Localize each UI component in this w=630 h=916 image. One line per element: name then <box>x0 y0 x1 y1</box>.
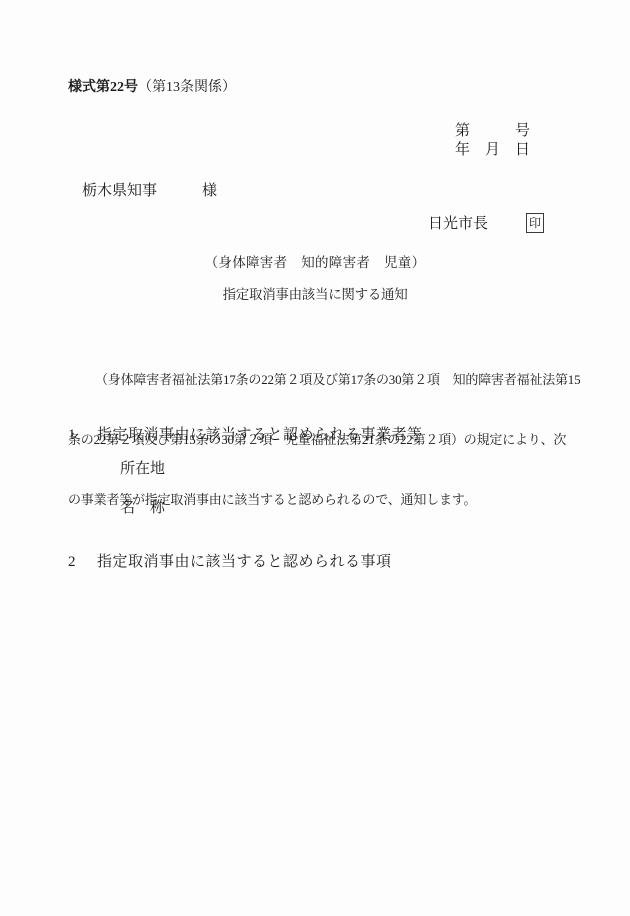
form-number-rest: （第13条関係） <box>138 80 236 95</box>
form-number: 様式第22号（第13条関係） <box>68 81 236 95</box>
list-item-2: 2指定取消事由に該当すると認められる事項 <box>68 555 392 570</box>
form-number-bold: 様式第22号 <box>68 80 138 95</box>
document-page: 様式第22号（第13条関係） 第 号 年 月 日 栃木県知事 様 日光市長 印 … <box>0 0 630 916</box>
field-label-name: 名 称 <box>120 501 165 516</box>
seal-mark: 印 <box>526 213 544 233</box>
sender-name: 日光市長 <box>428 217 488 232</box>
addressee-line: 栃木県知事 様 <box>82 184 217 199</box>
list-item-1: 1指定取消事由に該当すると認められる事業者等 <box>68 428 423 443</box>
document-number-line: 第 号 <box>455 124 530 139</box>
field-label-location: 所在地 <box>120 462 165 477</box>
date-line: 年 月 日 <box>455 143 530 158</box>
item-1-number: 1 <box>68 427 76 443</box>
document-title: 指定取消事由該当に関する通知 <box>0 288 630 302</box>
item-1-label: 指定取消事由に該当すると認められる事業者等 <box>97 427 423 443</box>
body-line: （身体障害者福祉法第17条の22第２項及び第17条の30第２項 知的障害者福祉法… <box>68 370 580 390</box>
item-2-number: 2 <box>68 554 76 570</box>
item-2-label: 指定取消事由に該当すると認められる事項 <box>97 554 392 570</box>
document-subtitle: （身体障害者 知的障害者 児童） <box>0 256 630 270</box>
